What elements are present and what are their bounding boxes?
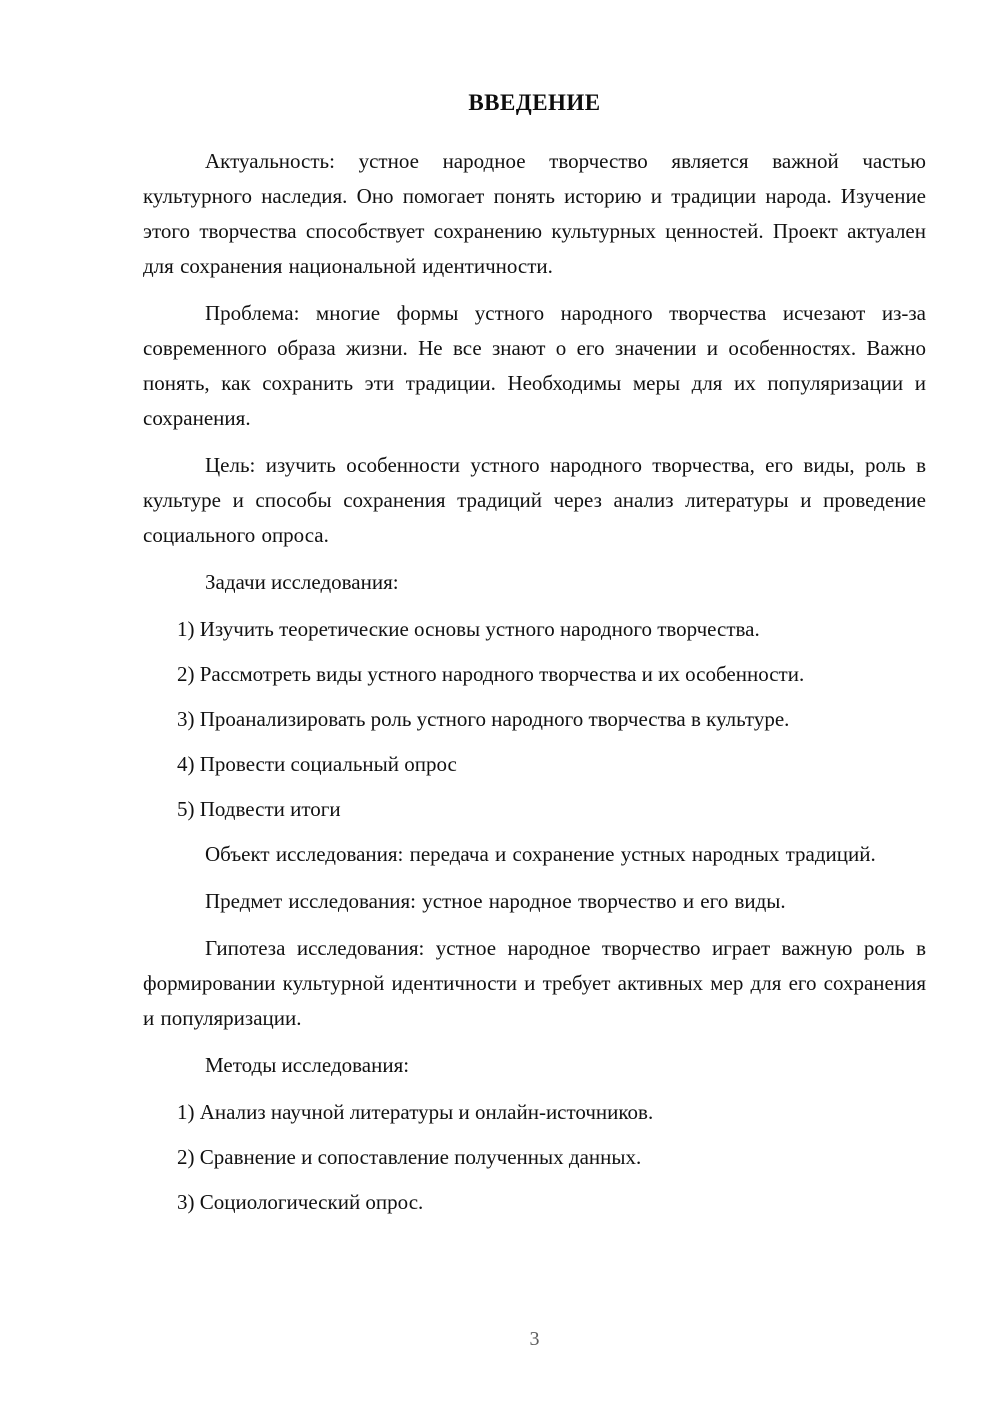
method-item-3: 3) Социологический опрос. [177, 1185, 926, 1220]
tasks-label: Задачи исследования: [143, 565, 926, 600]
task-item-4: 4) Провести социальный опрос [177, 747, 926, 782]
document-page: ВВЕДЕНИЕ Актуальность: устное народное т… [0, 0, 1000, 1414]
method-item-1: 1) Анализ научной литературы и онлайн-ис… [177, 1095, 926, 1130]
paragraph-relevance: Актуальность: устное народное творчество… [143, 144, 926, 284]
paragraph-hypothesis: Гипотеза исследования: устное народное т… [143, 931, 926, 1036]
page-title: ВВЕДЕНИЕ [143, 88, 926, 118]
page-number: 3 [143, 1328, 926, 1351]
task-item-3: 3) Проанализировать роль устного народно… [177, 702, 926, 737]
paragraph-object: Объект исследования: передача и сохранен… [143, 837, 926, 872]
paragraph-goal: Цель: изучить особенности устного народн… [143, 448, 926, 553]
method-item-2: 2) Сравнение и сопоставление полученных … [177, 1140, 926, 1175]
task-item-2: 2) Рассмотреть виды устного народного тв… [177, 657, 926, 692]
paragraph-problem: Проблема: многие формы устного народного… [143, 296, 926, 436]
task-item-1: 1) Изучить теоретические основы устного … [177, 612, 926, 647]
paragraph-subject: Предмет исследования: устное народное тв… [143, 884, 926, 919]
methods-label: Методы исследования: [143, 1048, 926, 1083]
task-item-5: 5) Подвести итоги [177, 792, 926, 827]
document-body: ВВЕДЕНИЕ Актуальность: устное народное т… [143, 88, 926, 1230]
